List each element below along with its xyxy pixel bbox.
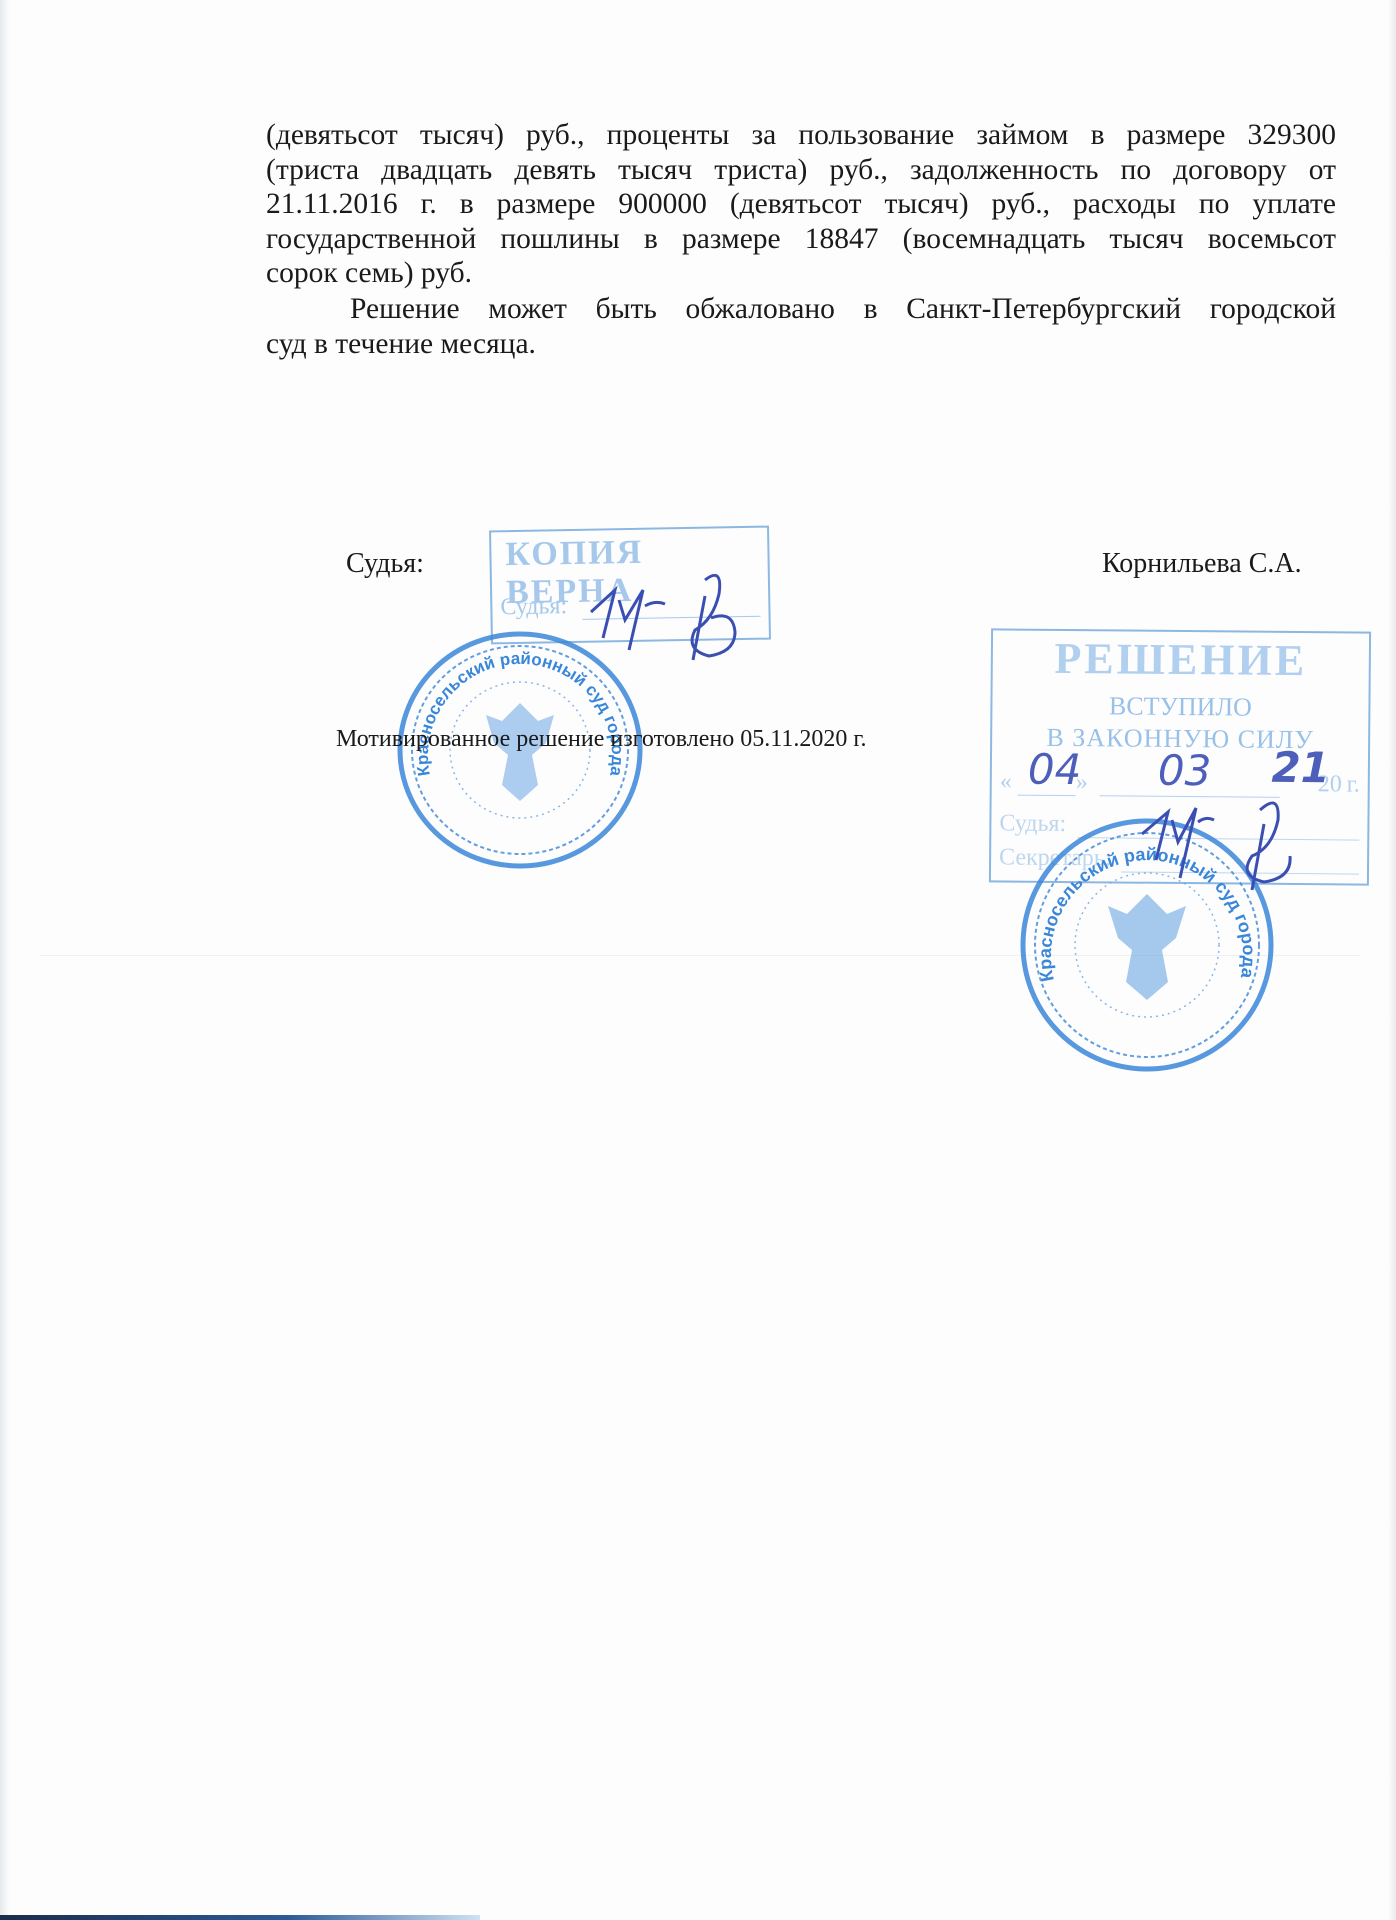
stamp-judge-label: Судья: [500,593,567,621]
stamp-line1: ВСТУПИЛО [992,690,1368,723]
paragraph-line: государственной пошлины в размере 18847 … [266,222,1336,257]
motivated-decision-date: Мотивированное решение изготовлено 05.11… [336,726,867,753]
paragraph-line: Решение может быть обжаловано в Санкт-Пе… [266,292,1336,327]
appeal-paragraph: Решение может быть обжаловано в Санкт-Пе… [266,292,1336,361]
paragraph-line: 21.11.2016 г. в размере 900000 (девятьсо… [266,187,1336,222]
scan-edge-left [0,0,10,1920]
handwritten-signature-icon [1140,790,1320,900]
document-page: (девятьсот тысяч) руб., проценты за поль… [0,0,1396,1920]
judge-signature-label: Судья: [346,548,424,580]
scan-bottom-edge [0,1915,480,1920]
handwritten-month: 03 [1158,746,1212,795]
ruling-paragraph-amounts: (девятьсот тысяч) руб., проценты за поль… [266,118,1336,291]
handwritten-year: 21 [1271,743,1330,793]
paragraph-line: (триста двадцать девять тысяч триста) ру… [266,153,1336,188]
paragraph-line: сорок семь) руб. [266,256,1336,291]
scan-edge-right [1388,0,1396,1920]
handwritten-day: 04 [1028,745,1082,794]
paragraph-line: (девятьсот тысяч) руб., проценты за поль… [266,118,1336,153]
paragraph-line: суд в течение месяца. [266,327,1336,362]
stamp-title: РЕШЕНИЕ [993,632,1369,686]
judge-name: Корнильева С.А. [1102,548,1302,580]
